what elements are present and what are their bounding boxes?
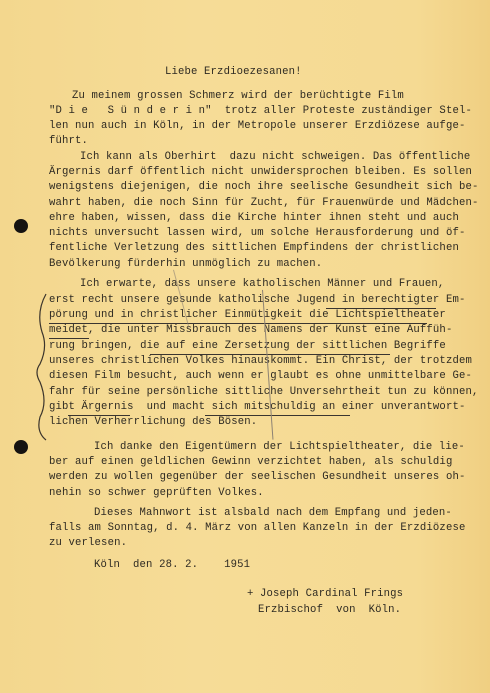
text-line: wenigstens diejenigen, die noch ihre see…: [49, 181, 478, 194]
text-line: Ich danke den Eigentümern der Lichtspiel…: [94, 441, 465, 454]
text-line: fahr für seine persönliche sittliche Unv…: [49, 386, 478, 399]
text-line: wahrt haben, die noch Sinn für Zucht, fü…: [49, 197, 478, 210]
text-line: Dieses Mahnwort ist alsbald nach dem Emp…: [94, 507, 452, 520]
text-line: falls am Sonntag, d. 4. März von allen K…: [49, 522, 465, 535]
text-line: werden zu wollen gegenüber der seelische…: [49, 471, 465, 484]
text-line: Bevölkerung fürderhin unmöglich zu mache…: [49, 258, 322, 271]
text-line: diesen Film besucht, auch wenn er glaubt…: [49, 370, 472, 383]
text-line: pörung und in christlicher Einmütigkeit …: [49, 309, 446, 322]
signature-title: Erzbischof von Köln.: [258, 604, 401, 617]
salutation: Liebe Erzdioezesanen!: [165, 66, 302, 79]
punch-hole-bottom: [14, 440, 28, 454]
text-line: fentliche Verletzung des sittlichen Empf…: [49, 242, 459, 255]
text-line: lichen Verherrlichung des Bösen.: [49, 416, 257, 429]
text-line: unseres christlichen Volkes hinauskommt.…: [49, 355, 472, 368]
text-line: rung bringen, die auf eine Zersetzung de…: [49, 340, 446, 353]
letter-page: Liebe Erzdioezesanen! Zu meinem grossen …: [0, 0, 490, 693]
text-line: zu verlesen.: [49, 537, 127, 550]
text-line: Ärgernis darf öffentlich nicht unwidersp…: [49, 166, 472, 179]
underline-mark: [205, 415, 350, 416]
signature-name: + Joseph Cardinal Frings: [247, 588, 403, 601]
text-line: meidet, die unter Missbrauch des Namens …: [49, 324, 452, 337]
underline-mark: [49, 323, 427, 324]
text-line: ehre haben, wissen, dass die Kirche hint…: [49, 212, 459, 225]
text-line: nehin so schwer geprüften Volkes.: [49, 487, 264, 500]
text-line: führt.: [49, 135, 88, 148]
text-line: Zu meinem grossen Schmerz wird der berüc…: [72, 90, 404, 103]
underline-mark: [150, 354, 390, 355]
text-line: ber auf einen geldlichen Gewinn verzicht…: [49, 456, 452, 469]
text-line: erst recht unsere gesunde katholische Ju…: [49, 294, 465, 307]
text-line: Ich kann als Oberhirt dazu nicht schweig…: [80, 151, 470, 164]
text-line: "D i e S ü n d e r i n" trotz aller Prot…: [49, 105, 472, 118]
text-line: len nun auch in Köln, in der Metropole u…: [49, 120, 465, 133]
text-line: gibt Ärgernis und macht sich mitschuldig…: [49, 401, 465, 414]
text-line: nichts unversucht lassen wird, um solche…: [49, 227, 465, 240]
dateline: Köln den 28. 2. 1951: [94, 559, 250, 572]
underline-mark: [49, 338, 89, 339]
underline-mark: [68, 415, 130, 416]
underline-mark: [326, 308, 436, 309]
punch-hole-top: [14, 219, 28, 233]
